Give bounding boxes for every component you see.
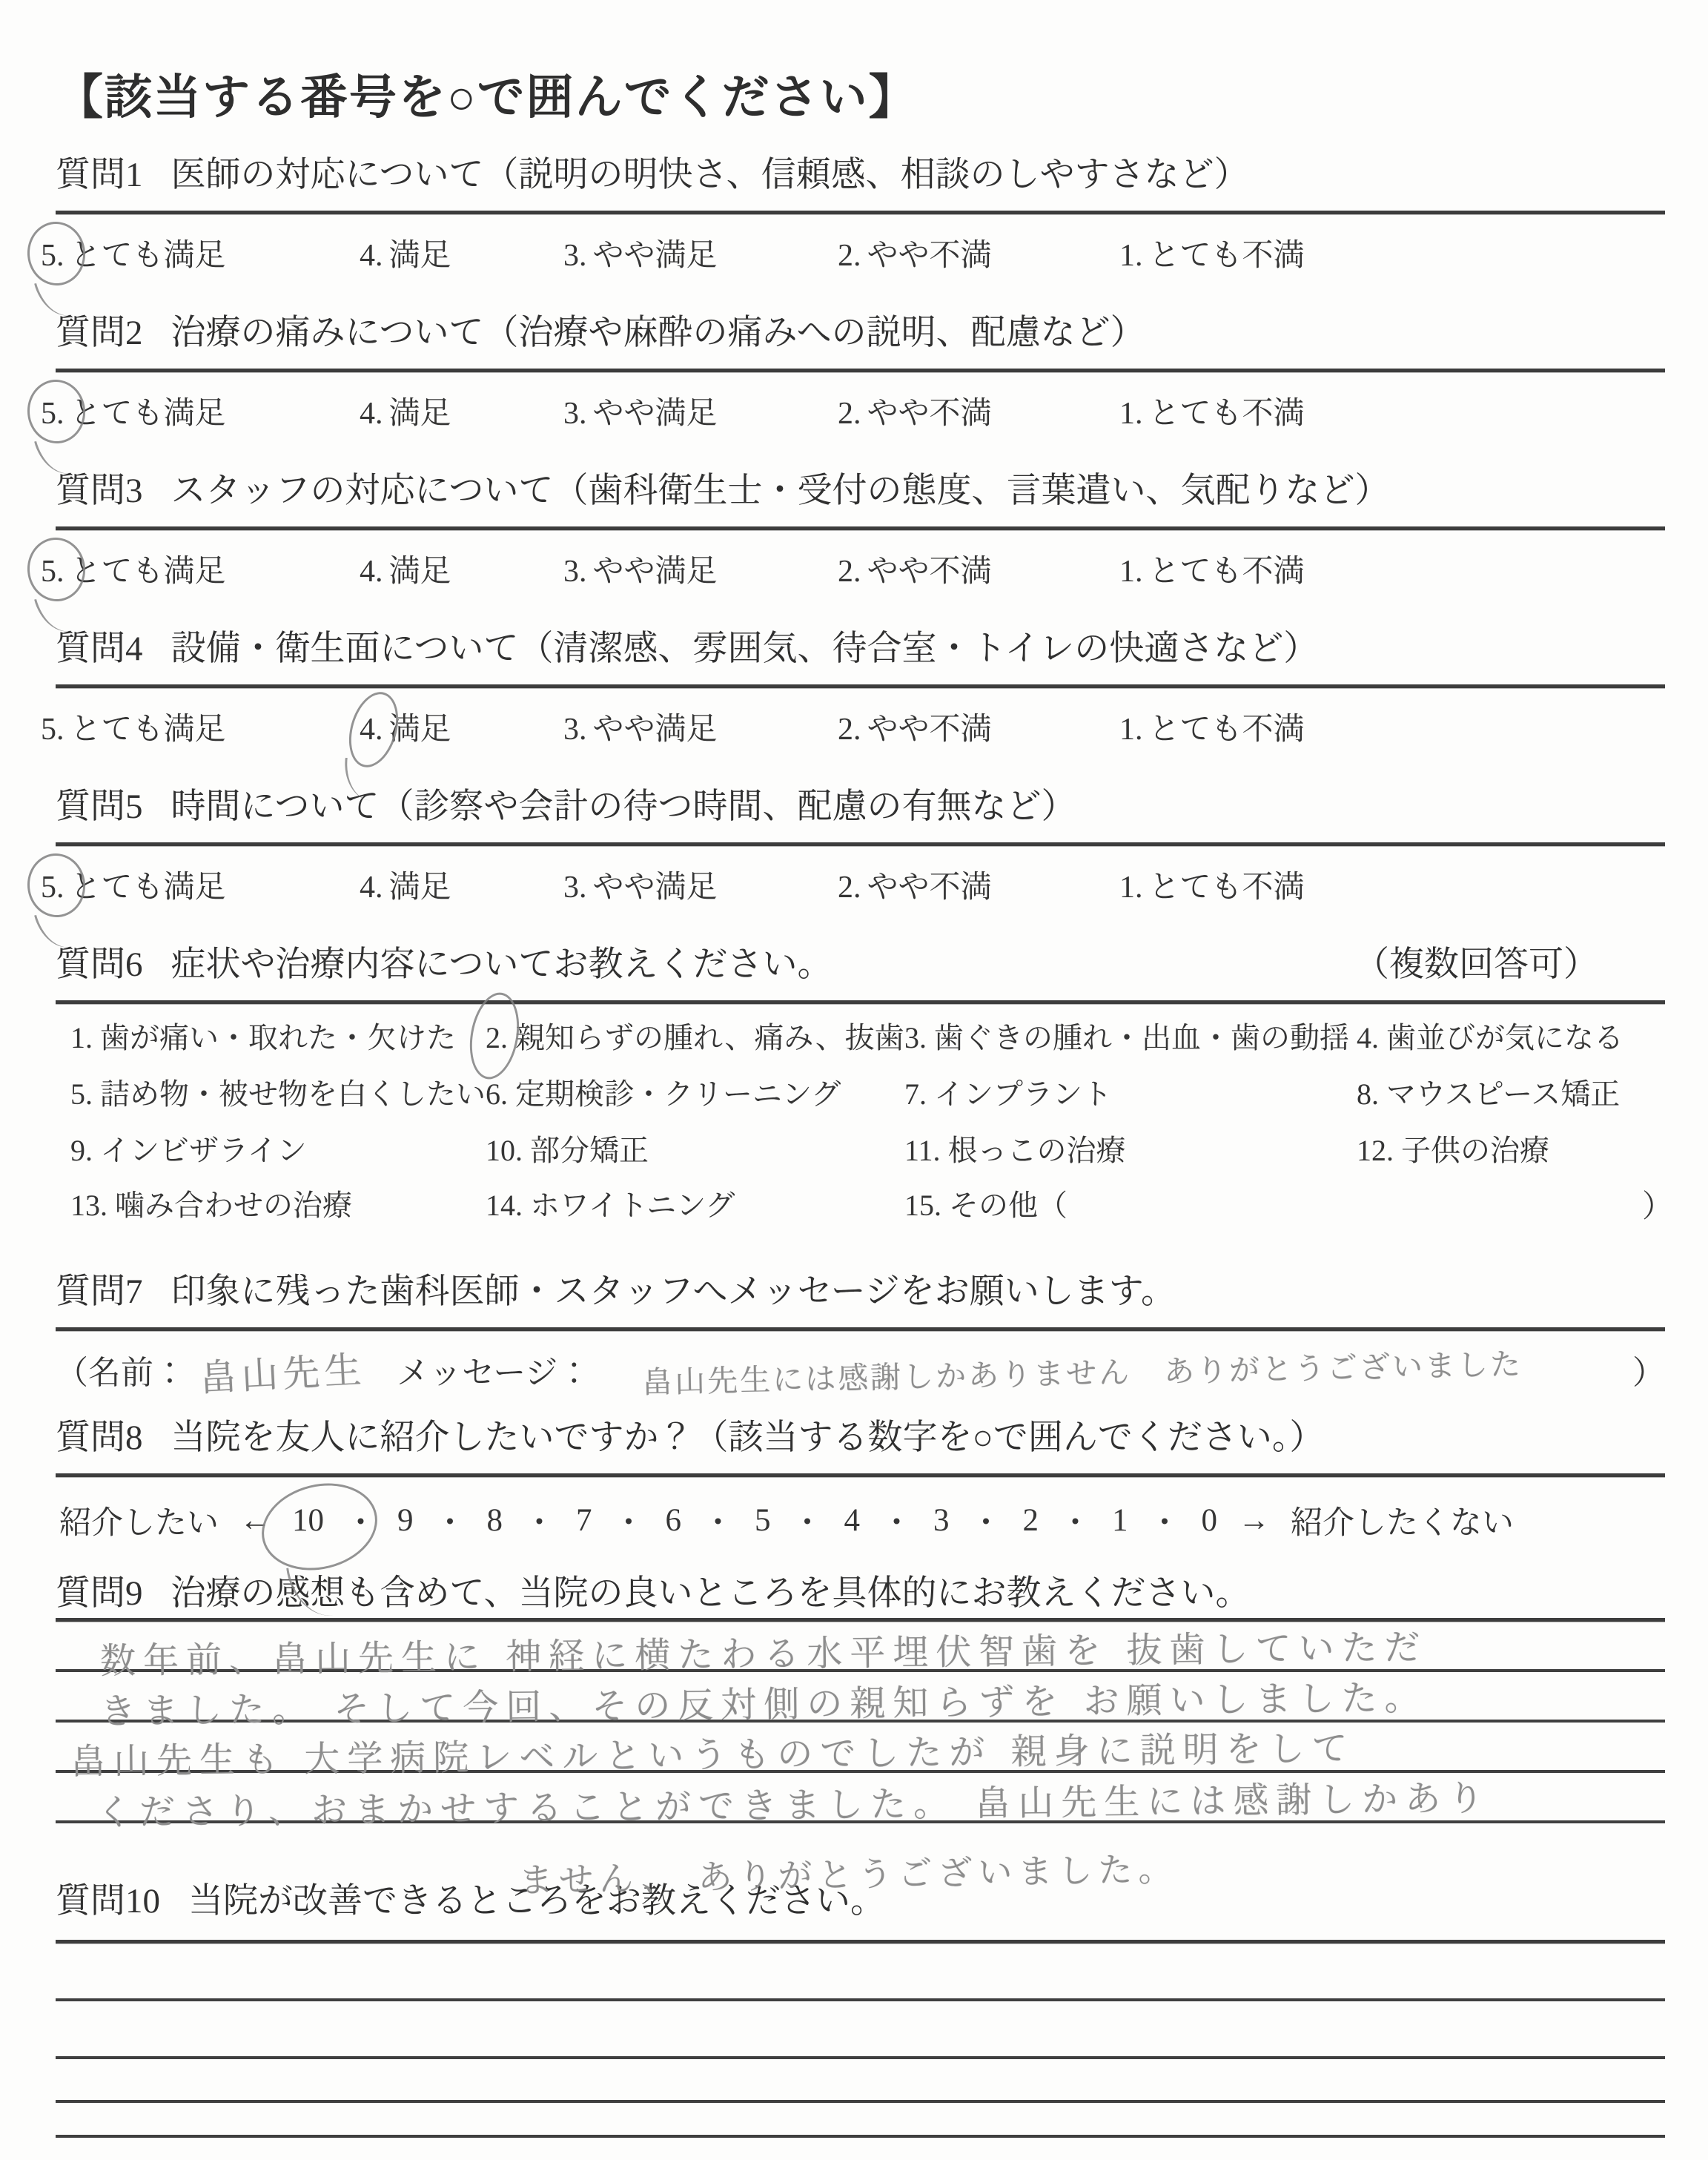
option-label: 満足 <box>389 397 451 431</box>
q6-other-close-paren: ） <box>1642 1182 1673 1226</box>
option-number: 1. <box>1119 871 1143 905</box>
q1-option-3[interactable]: 3.やや満足 <box>563 231 718 275</box>
option-number: 14. <box>486 1189 523 1222</box>
q5-option-4[interactable]: 4.満足 <box>360 862 451 907</box>
option-number: 5. <box>41 555 64 589</box>
q8-scale-2[interactable]: 2 <box>1023 1502 1039 1539</box>
question-6-heading: 質問6 症状や治療内容についてお教えください。 （複数回答可） <box>56 941 1665 988</box>
question-1-label: 質問1 <box>56 151 143 199</box>
q9-answer-line-2[interactable]: きました。 そして今回、その反対側の親知らずを お願いしました。 <box>56 1672 1665 1723</box>
option-number: 3. <box>563 397 587 431</box>
q5-option-5[interactable]: 5.とても満足 <box>41 862 226 907</box>
q1-option-1[interactable]: 1.とても不満 <box>1119 231 1305 275</box>
dot-separator: ・ <box>1149 1498 1181 1543</box>
option-number: 3. <box>904 1021 927 1054</box>
q6-item-11[interactable]: 11.根っこの治療 <box>904 1127 1126 1169</box>
question-8-section: 質問8 当院を友人に紹介したいですか？（該当する数字を○で囲んでください。） 紹… <box>56 1414 1665 1551</box>
option-label: とても満足 <box>70 871 226 905</box>
option-label: 親知らずの腫れ、痛み、抜歯 <box>515 1021 904 1054</box>
option-number: 4. <box>360 871 383 905</box>
question-3-text: スタッフの対応について（歯科衛生士・受付の態度、言葉遣い、気配りなど） <box>171 467 1390 515</box>
question-8-text: 当院を友人に紹介したいですか？（該当する数字を○で囲んでください。） <box>171 1414 1325 1462</box>
q1-option-4[interactable]: 4.満足 <box>360 231 451 275</box>
scale-number: 0 <box>1202 1503 1218 1538</box>
survey-scan-page: 【該当する番号を○で囲んでください】 質問1 医師の対応について（説明の明快さ、… <box>0 0 1708 2160</box>
scale-number: 1 <box>1112 1503 1128 1538</box>
option-number: 4. <box>360 555 383 589</box>
right-arrow-icon: → <box>1238 1502 1270 1539</box>
q6-item-9[interactable]: 9.インビザライン <box>70 1127 307 1169</box>
option-number: 5. <box>70 1077 93 1111</box>
option-label: とても満足 <box>70 713 226 747</box>
question-3-options: 5.とても満足 4.満足 3.やや満足 2.やや不満 1.とても不満 <box>56 530 1665 604</box>
question-5-section: 質問5 時間について（診察や会計の待つ時間、配慮の有無など） 5.とても満足 4… <box>56 783 1665 920</box>
option-number: 1. <box>1119 239 1143 273</box>
q6-item-4[interactable]: 4.歯並びが気になる <box>1357 1014 1623 1057</box>
question-6-note: （複数回答可） <box>1354 941 1598 988</box>
question-4-text: 設備・衛生面について（清潔感、雰囲気、待合室・トイレの快適さなど） <box>171 625 1319 673</box>
question-4-section: 質問4 設備・衛生面について（清潔感、雰囲気、待合室・トイレの快適さなど） 5.… <box>56 625 1665 762</box>
option-label: やや満足 <box>593 713 718 747</box>
divider <box>56 1000 1665 1004</box>
option-number: 2. <box>838 871 861 905</box>
question-6-section: 質問6 症状や治療内容についてお教えください。 （複数回答可） 1.歯が痛い・取… <box>56 941 1665 1247</box>
question-2-text: 治療の痛みについて（治療や麻酔の痛みへの説明、配慮など） <box>171 309 1145 357</box>
option-label: やや不満 <box>867 555 992 589</box>
option-label: インプラント <box>934 1077 1112 1111</box>
q3-option-3[interactable]: 3.やや満足 <box>563 546 718 591</box>
question-9-section: 質問9 治療の感想も含めて、当院の良いところを具体的にお教えください。 数年前、… <box>56 1572 1665 1823</box>
option-label: やや不満 <box>867 239 992 273</box>
option-label: 定期検診・クリーニング <box>515 1077 841 1111</box>
q7-name-handwriting[interactable]: 畠山先生 <box>198 1340 366 1402</box>
option-number: 2. <box>838 713 861 747</box>
q8-scale-7[interactable]: 7 <box>576 1502 592 1539</box>
question-9-heading: 質問9 治療の感想も含めて、当院の良いところを具体的にお教えください。 <box>56 1572 1665 1615</box>
q3-option-5[interactable]: 5.とても満足 <box>41 546 226 591</box>
q8-scale-3[interactable]: 3 <box>933 1502 950 1539</box>
option-label: 満足 <box>389 239 451 273</box>
q4-option-1[interactable]: 1.とても不満 <box>1119 704 1305 749</box>
option-label: 満足 <box>389 555 451 589</box>
question-9-label: 質問9 <box>56 1572 143 1615</box>
q10-answer-line-4[interactable] <box>56 2103 1665 2138</box>
page-title: 【該当する番号を○で囲んでください】 <box>56 65 1665 131</box>
question-5-label: 質問5 <box>56 783 143 830</box>
q4-option-3[interactable]: 3.やや満足 <box>563 704 718 749</box>
option-number: 5. <box>41 397 64 431</box>
scale-number: 9 <box>397 1503 414 1538</box>
option-number: 10. <box>486 1134 523 1167</box>
option-label: 歯が痛い・取れた・欠けた <box>100 1021 456 1054</box>
q9-answer-line-1[interactable]: 数年前、畠山先生に 神経に横たわる水平埋伏智歯を 抜歯していただ <box>56 1622 1665 1672</box>
option-label: とても満足 <box>70 397 226 431</box>
question-4-options: 5.とても満足 4.満足 3.やや満足 2.やや不満 1.とても不満 <box>56 688 1665 762</box>
scale-number: 10 <box>292 1503 324 1538</box>
option-number: 1. <box>1119 397 1143 431</box>
q2-option-2[interactable]: 2.やや不満 <box>838 389 992 433</box>
option-label: とても不満 <box>1149 397 1305 431</box>
dot-separator: ・ <box>970 1498 1002 1543</box>
option-number: 3. <box>563 239 587 273</box>
question-3-section: 質問3 スタッフの対応について（歯科衛生士・受付の態度、言葉遣い、気配りなど） … <box>56 467 1665 604</box>
dot-separator: ・ <box>792 1498 824 1543</box>
question-3-heading: 質問3 スタッフの対応について（歯科衛生士・受付の態度、言葉遣い、気配りなど） <box>56 467 1665 515</box>
question-6-text: 症状や治療内容についてお教えください。 <box>171 941 833 988</box>
option-number: 3. <box>563 713 587 747</box>
question-8-heading: 質問8 当院を友人に紹介したいですか？（該当する数字を○で囲んでください。） <box>56 1414 1665 1462</box>
option-label: とても満足 <box>70 239 226 273</box>
dot-separator: ・ <box>613 1498 645 1543</box>
dot-separator: ・ <box>881 1498 913 1543</box>
scale-number: 4 <box>844 1503 861 1538</box>
option-label: 噛み合わせの治療 <box>115 1189 352 1222</box>
q6-item-3[interactable]: 3.歯ぐきの腫れ・出血・歯の動揺 <box>904 1014 1349 1057</box>
option-number: 4. <box>1357 1021 1379 1054</box>
q8-scale-6[interactable]: 6 <box>666 1502 682 1539</box>
option-label: とても不満 <box>1149 239 1305 273</box>
scale-number: 5 <box>755 1503 771 1538</box>
scale-number: 3 <box>933 1503 950 1538</box>
option-label: 満足 <box>389 871 451 905</box>
option-number: 5. <box>41 713 64 747</box>
question-8-scale-row: 紹介したい ← 10 ・ 9 ・ 8 ・ 7 ・ 6 ・ 5 ・ 4 ・ 3 ・… <box>56 1477 1665 1551</box>
option-label: とても不満 <box>1149 555 1305 589</box>
option-label: 子供の治療 <box>1401 1134 1549 1167</box>
q9-answer-line-3[interactable]: 畠山先生も 大学病院レベルというものでしたが 親身に説明をして <box>56 1723 1665 1773</box>
option-number: 5. <box>41 871 64 905</box>
q6-item-1[interactable]: 1.歯が痛い・取れた・欠けた <box>70 1014 456 1057</box>
question-2-section: 質問2 治療の痛みについて（治療や麻酔の痛みへの説明、配慮など） 5.とても満足… <box>56 309 1665 446</box>
option-label: マウスピース矯正 <box>1386 1077 1620 1111</box>
question-1-options: 5.とても満足 4.満足 3.やや満足 2.やや不満 1.とても不満 <box>56 214 1665 288</box>
option-label: やや不満 <box>867 397 992 431</box>
question-7-heading: 質問7 印象に残った歯科医師・スタッフへメッセージをお願いします。 <box>56 1268 1665 1315</box>
dot-separator: ・ <box>434 1498 466 1543</box>
q7-name-label: （名前： <box>56 1346 186 1393</box>
question-1-heading: 質問1 医師の対応について（説明の明快さ、信頼感、相談のしやすさなど） <box>56 151 1665 199</box>
scale-number: 2 <box>1023 1503 1039 1538</box>
left-arrow-icon: ← <box>239 1502 271 1539</box>
q7-message-handwriting[interactable]: 畠山先生には感謝しかありません ありがとうございました <box>642 1340 1523 1402</box>
question-7-section: 質問7 印象に残った歯科医師・スタッフへメッセージをお願いします。 （名前： 畠… <box>56 1268 1665 1393</box>
q8-scale-1[interactable]: 1 <box>1112 1502 1128 1539</box>
option-label: その他（ <box>949 1189 1067 1222</box>
q4-option-2[interactable]: 2.やや不満 <box>838 704 992 749</box>
q5-option-2[interactable]: 2.やや不満 <box>838 862 992 907</box>
option-number: 8. <box>1357 1077 1379 1111</box>
q6-item-12[interactable]: 12.子供の治療 <box>1357 1127 1549 1169</box>
option-number: 5. <box>41 239 64 273</box>
q3-option-2[interactable]: 2.やや不満 <box>838 546 992 591</box>
option-label: とても不満 <box>1149 871 1305 905</box>
question-3-label: 質問3 <box>56 467 143 515</box>
question-10-label: 質問10 <box>56 1879 160 1923</box>
scale-number: 8 <box>487 1503 503 1538</box>
q6-item-6[interactable]: 6.定期検診・クリーニング <box>486 1071 841 1113</box>
option-label: やや満足 <box>593 239 718 273</box>
q6-item-15[interactable]: 15.その他（ <box>904 1182 1067 1224</box>
scale-number: 7 <box>576 1503 592 1538</box>
question-5-text: 時間について（診察や会計の待つ時間、配慮の有無など） <box>171 783 1076 830</box>
option-label: 部分矯正 <box>530 1134 649 1167</box>
question-5-options: 5.とても満足 4.満足 3.やや満足 2.やや不満 1.とても不満 <box>56 846 1665 920</box>
option-label: 歯ぐきの腫れ・出血・歯の動揺 <box>934 1021 1349 1054</box>
option-number: 3. <box>563 555 587 589</box>
q8-scale-4[interactable]: 4 <box>844 1502 861 1539</box>
question-2-heading: 質問2 治療の痛みについて（治療や麻酔の痛みへの説明、配慮など） <box>56 309 1665 357</box>
q6-item-8[interactable]: 8.マウスピース矯正 <box>1357 1071 1620 1113</box>
q8-scale-10[interactable]: 10 <box>292 1502 324 1539</box>
option-number: 12. <box>1357 1134 1394 1167</box>
option-label: とても満足 <box>70 555 226 589</box>
q8-left-label: 紹介したい <box>59 1498 219 1543</box>
option-number: 4. <box>360 239 383 273</box>
question-6-items: 1.歯が痛い・取れた・欠けた 2.親知らずの腫れ、痛み、抜歯 3.歯ぐきの腫れ・… <box>56 1014 1665 1247</box>
q5-option-1[interactable]: 1.とても不満 <box>1119 862 1305 907</box>
question-5-heading: 質問5 時間について（診察や会計の待つ時間、配慮の有無など） <box>56 783 1665 830</box>
q6-item-14[interactable]: 14.ホワイトニング <box>486 1182 735 1224</box>
option-number: 1. <box>1119 555 1143 589</box>
question-9-text: 治療の感想も含めて、当院の良いところを具体的にお教えください。 <box>171 1572 1251 1615</box>
q5-option-3[interactable]: 3.やや満足 <box>563 862 718 907</box>
question-4-label: 質問4 <box>56 625 143 673</box>
question-7-text: 印象に残った歯科医師・スタッフへメッセージをお願いします。 <box>171 1268 1176 1315</box>
option-number: 11. <box>904 1134 941 1167</box>
option-number: 7. <box>904 1077 927 1111</box>
option-number: 2. <box>838 397 861 431</box>
option-label: やや満足 <box>593 871 718 905</box>
option-number: 4. <box>360 713 383 747</box>
option-label: 歯並びが気になる <box>1386 1021 1623 1054</box>
q2-option-1[interactable]: 1.とても不満 <box>1119 389 1305 433</box>
option-label: インビザライン <box>100 1134 307 1167</box>
question-7-answer-row: （名前： 畠山先生 メッセージ： 畠山先生には感謝しかありません ありがとうござ… <box>56 1331 1665 1393</box>
option-label: やや満足 <box>593 397 718 431</box>
q6-item-13[interactable]: 13.噛み合わせの治療 <box>70 1182 352 1224</box>
q6-item-2[interactable]: 2.親知らずの腫れ、痛み、抜歯 <box>486 1014 904 1057</box>
q9-handwriting-line-4: くださり、おまかせすることができました。 畠山先生には感謝しかあり <box>96 1769 1492 1835</box>
option-label: 詰め物・被せ物を白くしたい <box>100 1077 486 1111</box>
q1-option-2[interactable]: 2.やや不満 <box>838 231 992 275</box>
question-10-section: 質問10 当院が改善できるところをお教えください。 <box>56 1879 1665 2138</box>
option-number: 4. <box>360 397 383 431</box>
question-2-label: 質問2 <box>56 309 143 357</box>
option-label: 満足 <box>389 713 451 747</box>
q3-option-1[interactable]: 1.とても不満 <box>1119 546 1305 591</box>
option-number: 2. <box>838 239 861 273</box>
q8-scale-9[interactable]: 9 <box>397 1502 414 1539</box>
option-number: 6. <box>486 1077 508 1111</box>
q2-option-3[interactable]: 3.やや満足 <box>563 389 718 433</box>
q4-option-5[interactable]: 5.とても満足 <box>41 704 226 749</box>
option-number: 2. <box>838 555 861 589</box>
q6-item-10[interactable]: 10.部分矯正 <box>486 1127 649 1169</box>
option-number: 15. <box>904 1189 941 1222</box>
option-label: やや不満 <box>867 871 992 905</box>
q2-option-4[interactable]: 4.満足 <box>360 389 451 433</box>
scale-number: 6 <box>666 1503 682 1538</box>
option-label: やや満足 <box>593 555 718 589</box>
q10-answer-line-1[interactable] <box>56 1943 1665 2001</box>
q6-item-7[interactable]: 7.インプラント <box>904 1071 1112 1113</box>
q3-option-4[interactable]: 4.満足 <box>360 546 451 591</box>
option-number: 9. <box>70 1134 93 1167</box>
q8-right-label: 紹介したくない <box>1291 1498 1514 1543</box>
option-number: 3. <box>563 871 587 905</box>
question-2-options: 5.とても満足 4.満足 3.やや満足 2.やや不満 1.とても不満 <box>56 372 1665 446</box>
option-label: 根っこの治療 <box>948 1134 1126 1167</box>
question-8-label: 質問8 <box>56 1414 143 1462</box>
option-label: やや不満 <box>867 713 992 747</box>
question-4-heading: 質問4 設備・衛生面について（清潔感、雰囲気、待合室・トイレの快適さなど） <box>56 625 1665 673</box>
option-number: 2. <box>486 1021 508 1054</box>
q8-scale-5[interactable]: 5 <box>755 1502 771 1539</box>
question-7-label: 質問7 <box>56 1268 143 1315</box>
option-number: 1. <box>70 1021 93 1054</box>
q8-scale-8[interactable]: 8 <box>487 1502 503 1539</box>
dot-separator: ・ <box>702 1498 734 1543</box>
question-1-section: 質問1 医師の対応について（説明の明快さ、信頼感、相談のしやすさなど） 5.とて… <box>56 151 1665 288</box>
dot-separator: ・ <box>523 1498 555 1543</box>
q4-option-4[interactable]: 4.満足 <box>360 704 451 749</box>
option-label: ホワイトニング <box>530 1189 735 1222</box>
q1-option-5[interactable]: 5.とても満足 <box>41 231 226 275</box>
q6-item-5[interactable]: 5.詰め物・被せ物を白くしたい <box>70 1071 486 1113</box>
dot-separator: ・ <box>1059 1498 1091 1543</box>
q8-scale-0[interactable]: 0 <box>1202 1502 1218 1539</box>
q10-answer-line-3[interactable] <box>56 2059 1665 2103</box>
question-6-label: 質問6 <box>56 941 143 988</box>
dot-separator: ・ <box>345 1498 377 1543</box>
question-1-text: 医師の対応について（説明の明快さ、信頼感、相談のしやすさなど） <box>171 151 1249 199</box>
q10-answer-line-2[interactable] <box>56 2001 1665 2059</box>
option-number: 1. <box>1119 713 1143 747</box>
q7-close-paren: ） <box>1632 1346 1665 1393</box>
q7-message-label: メッセージ： <box>397 1346 590 1393</box>
q2-option-5[interactable]: 5.とても満足 <box>41 389 226 433</box>
option-number: 13. <box>70 1189 107 1222</box>
option-label: とても不満 <box>1149 713 1305 747</box>
q9-answer-line-4[interactable]: くださり、おまかせすることができました。 畠山先生には感謝しかあり <box>56 1773 1665 1823</box>
